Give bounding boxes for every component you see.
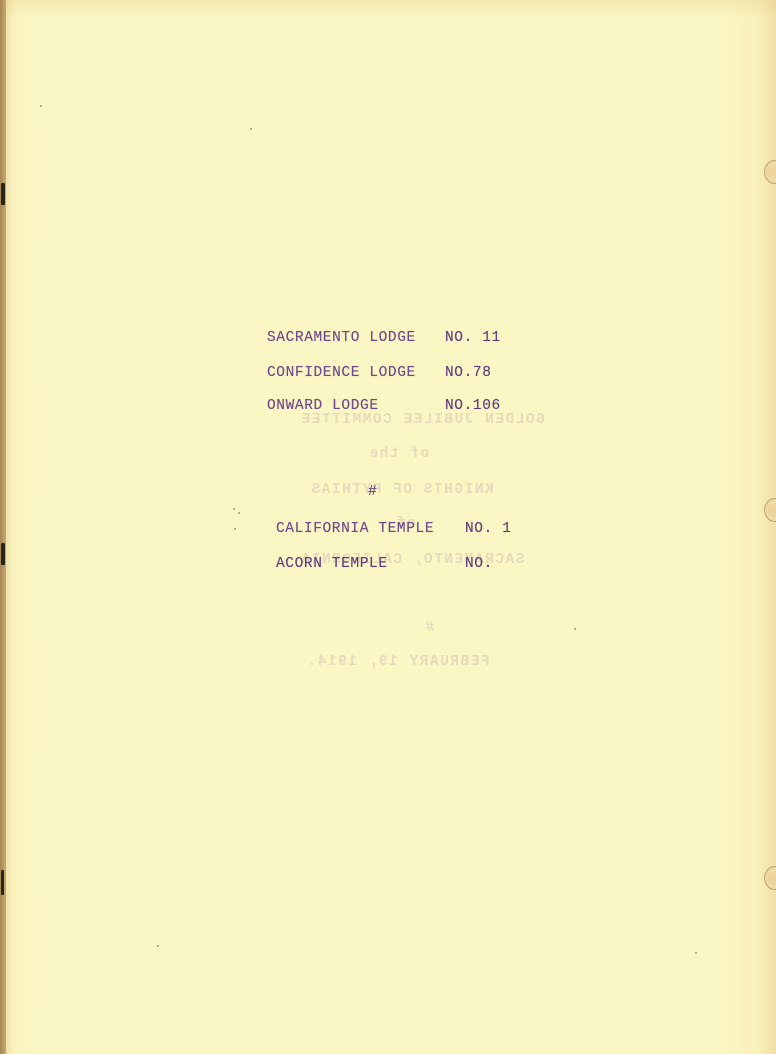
bleed-through-line: KNIGHTS OF PYTHIAS xyxy=(310,482,494,498)
lodge-number: NO.78 xyxy=(445,365,492,381)
paper-speck xyxy=(250,128,252,130)
bleed-through-line: of the xyxy=(368,446,429,462)
paper-speck xyxy=(574,628,576,630)
temple-name: CALIFORNIA TEMPLE xyxy=(276,521,434,537)
section-separator: # xyxy=(368,484,377,500)
lodge-name: SACRAMENTO LODGE xyxy=(267,330,416,346)
paper-speck xyxy=(40,105,42,107)
paper-speck xyxy=(695,952,697,954)
bleed-through-line: FEBRUARY 19, 1914. xyxy=(306,654,490,670)
lodge-number: NO.106 xyxy=(445,398,501,414)
temple-number: NO. 1 xyxy=(465,521,512,537)
page-spine-edge xyxy=(0,0,6,1054)
paper-speck xyxy=(157,945,159,947)
bleed-through-line: GOLDEN JUBILEE COMMITTEE xyxy=(300,412,545,428)
punch-hole xyxy=(764,160,776,184)
bleed-through-line: # xyxy=(424,620,434,636)
lodge-name: ONWARD LODGE xyxy=(267,398,379,414)
lodge-number: NO. 11 xyxy=(445,330,501,346)
lodge-name: CONFIDENCE LODGE xyxy=(267,365,416,381)
binding-mark xyxy=(1,870,4,895)
scanned-page: GOLDEN JUBILEE COMMITTEE of the KNIGHTS … xyxy=(0,0,776,1054)
paper-speck xyxy=(238,512,240,514)
temple-name: ACORN TEMPLE xyxy=(276,556,388,572)
binding-mark xyxy=(1,543,5,565)
punch-hole xyxy=(764,866,776,890)
binding-mark xyxy=(1,183,5,205)
paper-speck xyxy=(233,508,235,510)
punch-hole xyxy=(764,498,776,522)
paper-speck xyxy=(234,528,236,530)
temple-number: NO. xyxy=(465,556,493,572)
